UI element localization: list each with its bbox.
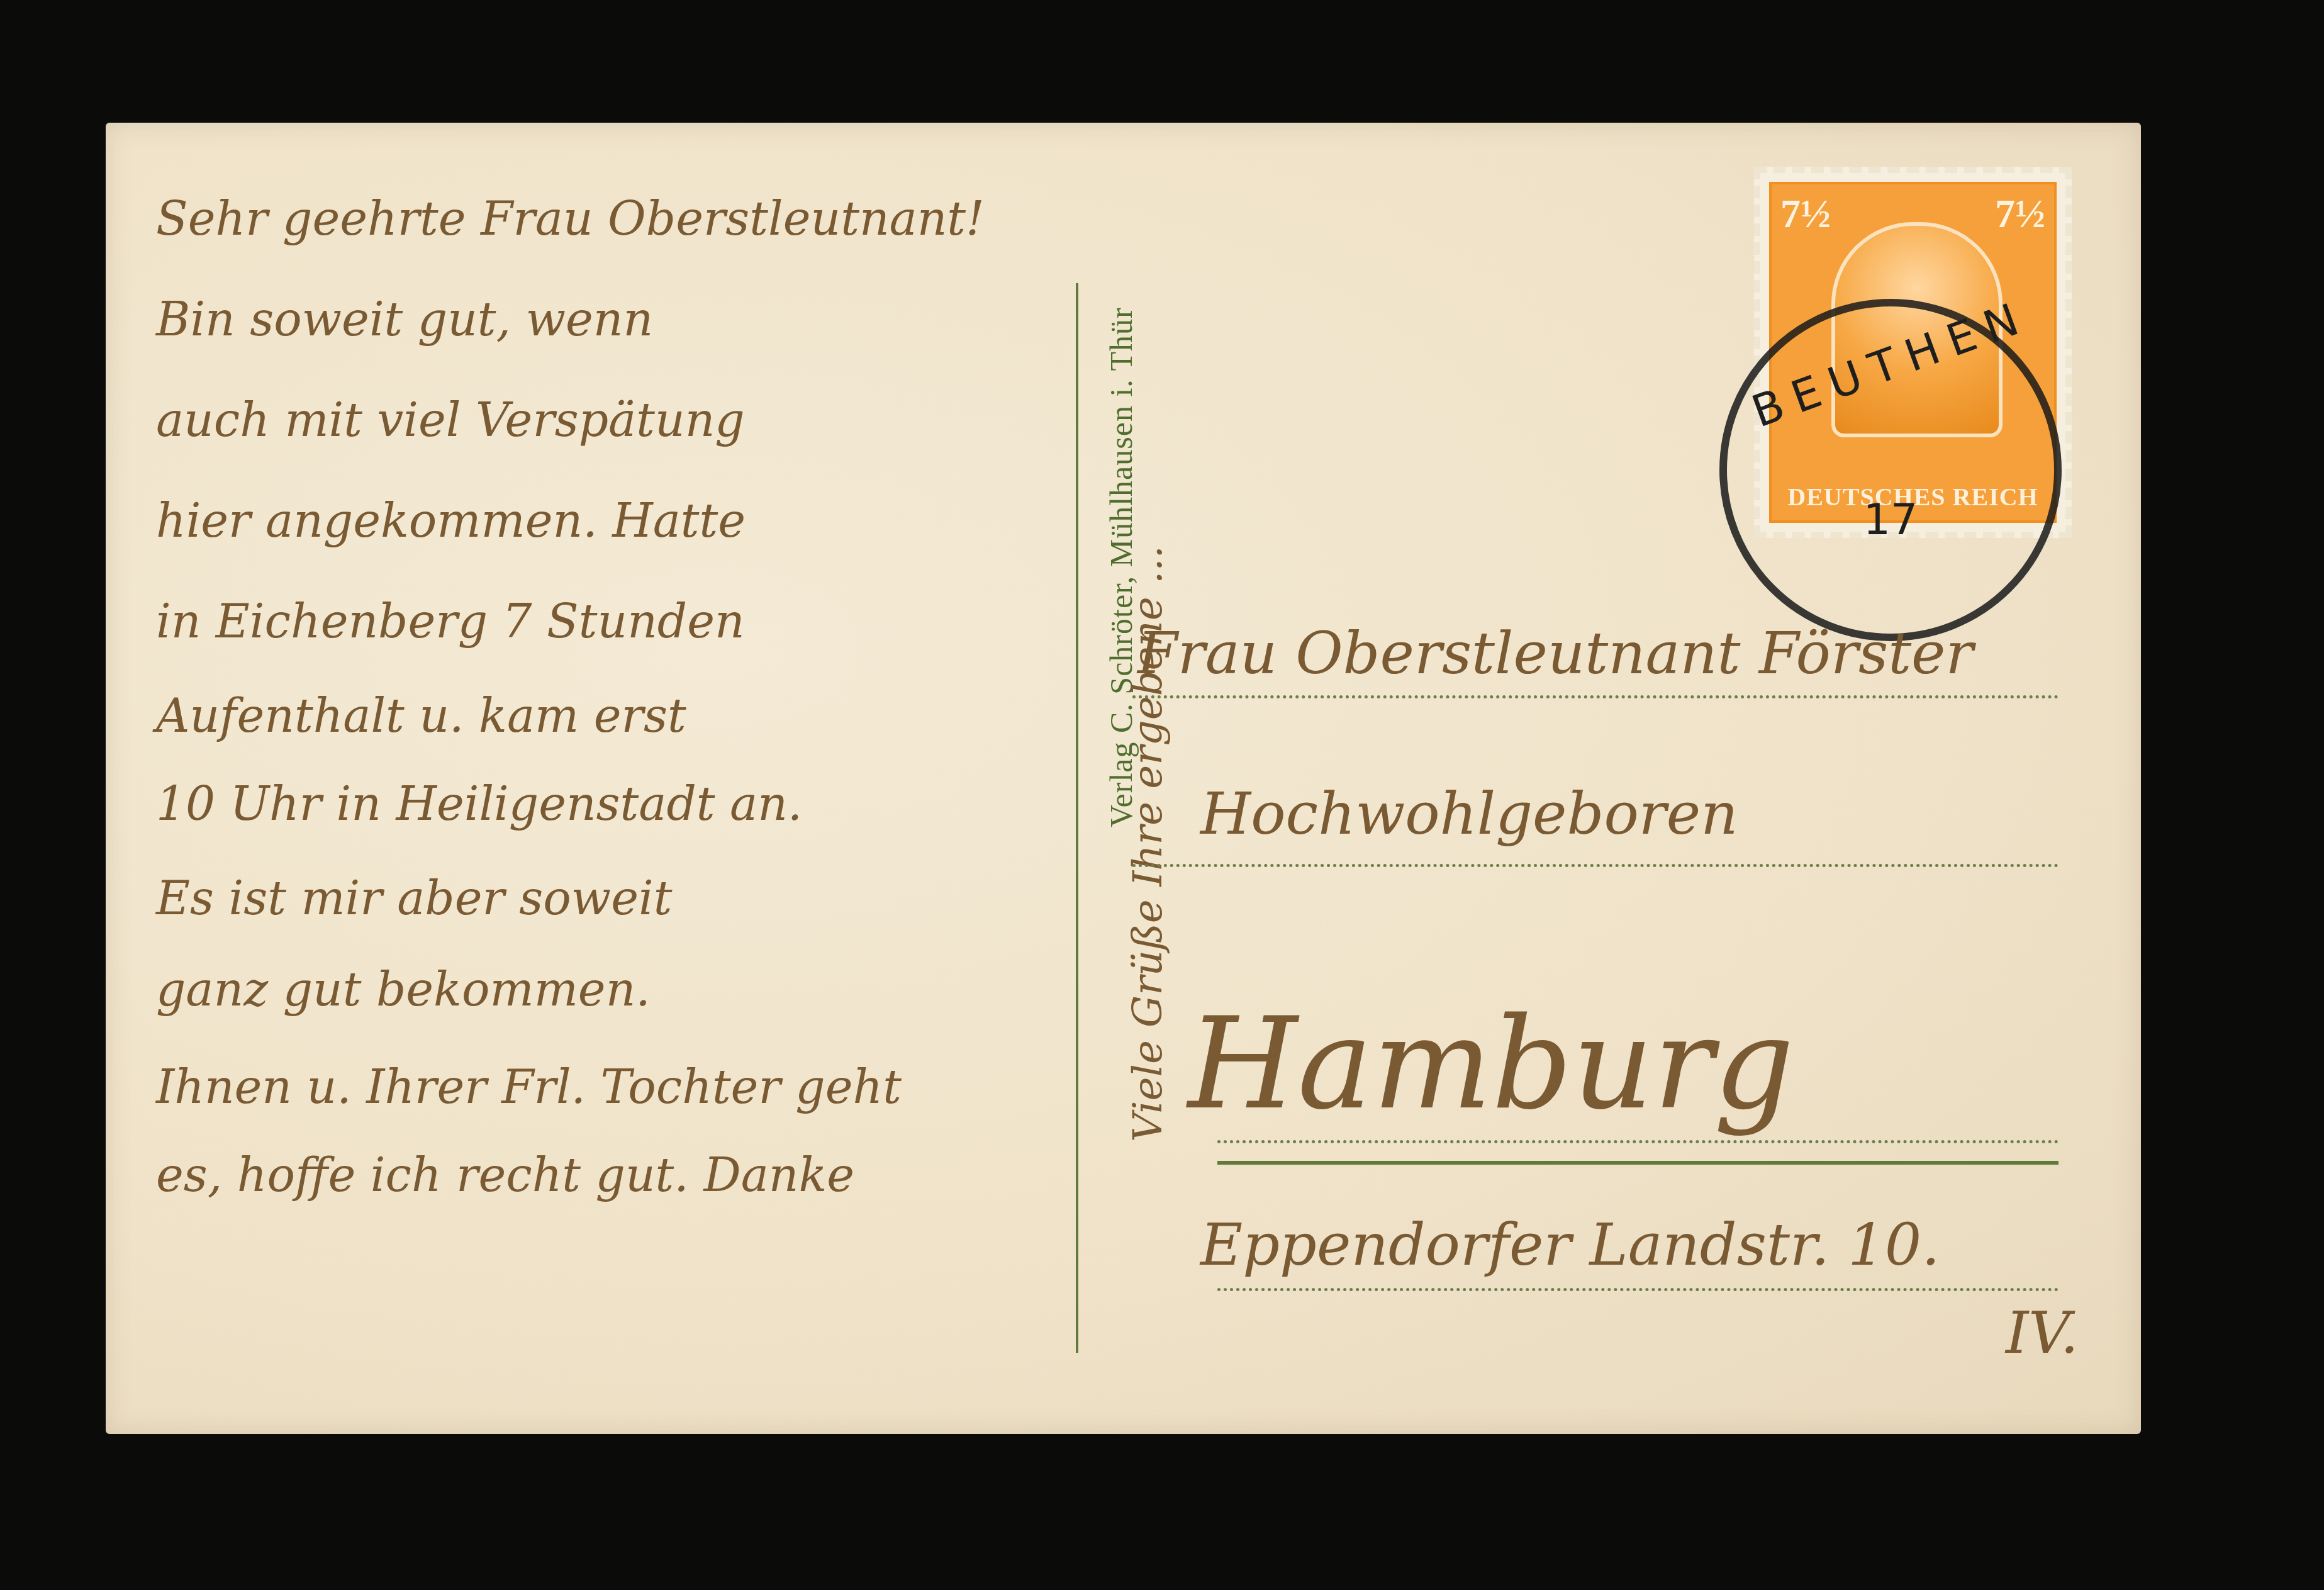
address-city-underline — [1217, 1161, 2059, 1165]
message-line: auch mit viel Verspätung — [156, 393, 745, 447]
center-divider — [1076, 283, 1078, 1353]
postmark-date: 17 — [1727, 495, 2054, 545]
address-guide-line — [1132, 864, 2059, 867]
address-city: Hamburg — [1188, 991, 1794, 1138]
message-line: Sehr geehrte Frau Oberstleutnant! — [156, 192, 985, 246]
stamp-value-right: 7½ — [1995, 191, 2045, 237]
message-line: ganz gut bekommen. — [156, 963, 651, 1017]
message-line: Bin soweit gut, wenn — [156, 293, 653, 347]
address-recipient: Frau Oberstleutnant Förster — [1137, 620, 1974, 687]
address-floor: IV. — [2006, 1299, 2079, 1367]
message-line: Aufenthalt u. kam erst — [156, 689, 686, 743]
address-guide-line — [1217, 1288, 2059, 1291]
message-line: Es ist mir aber soweit — [156, 871, 672, 926]
address-honorific: Hochwohlgeboren — [1200, 780, 1738, 848]
postcard: Sehr geehrte Frau Oberstleutnant! Bin so… — [106, 123, 2141, 1434]
stamp-value-left: 7½ — [1780, 191, 1831, 237]
message-line: in Eichenberg 7 Stunden — [156, 595, 745, 649]
message-line: hier angekommen. Hatte — [156, 494, 746, 548]
postmark: BEUTHEN 17 — [1719, 299, 2062, 641]
address-street: Eppendorfer Landstr. 10. — [1200, 1211, 1940, 1279]
message-line: Ihnen u. Ihrer Frl. Tochter geht — [156, 1060, 902, 1114]
address-guide-line — [1217, 1140, 2059, 1143]
address-guide-line — [1132, 695, 2059, 698]
message-line: es, hoffe ich recht gut. Danke — [156, 1148, 854, 1202]
message-line: 10 Uhr in Heiligenstadt an. — [156, 777, 802, 831]
